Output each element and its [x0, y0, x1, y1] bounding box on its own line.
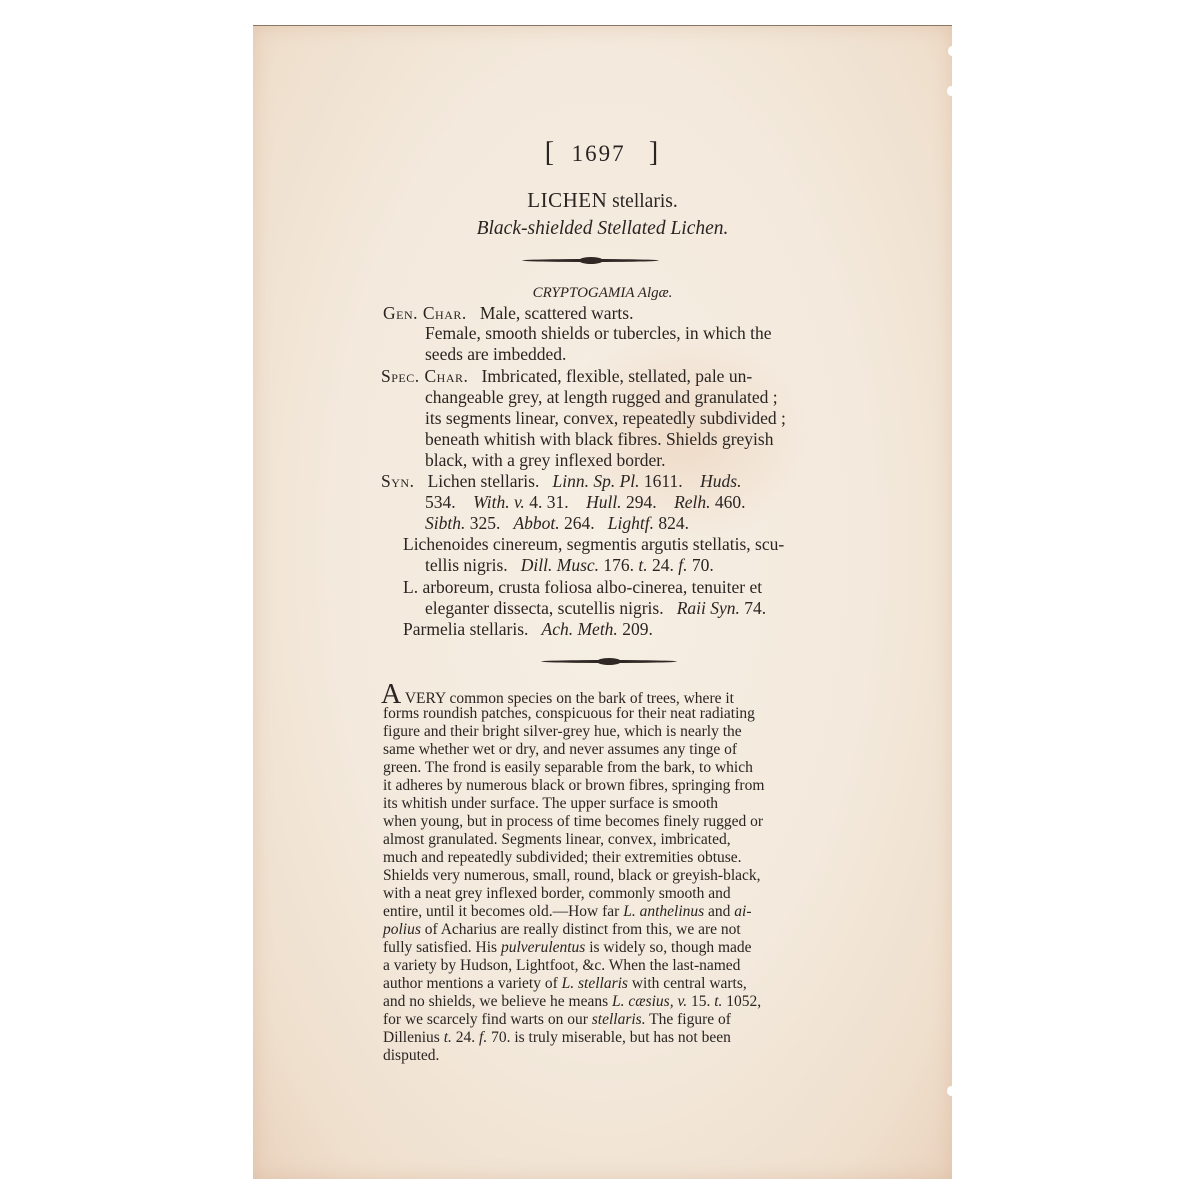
description-text: entire, until it becomes old.—How far: [383, 903, 623, 920]
syn-ref: Relh.: [674, 492, 710, 512]
description-text: Dillenius: [383, 1029, 444, 1046]
spec-char-label: Spec. Char.: [381, 366, 468, 386]
description-text: 15.: [687, 993, 714, 1010]
spec-char-line-5: black, with a grey inflexed border.: [425, 450, 666, 470]
description-line-6: it adheres by numerous black or brown fi…: [383, 777, 764, 795]
syn-line-7: eleganter dissecta, scutellis nigris. Ra…: [425, 598, 766, 618]
gen-char-text: Male, scattered warts.: [480, 303, 634, 323]
document-page: [ 1697 ] LICHEN stellaris. Black-shielde…: [253, 25, 952, 1179]
syn-text: eleganter dissecta, scutellis nigris.: [425, 598, 664, 618]
common-name: Black-shielded Stellated Lichen.: [253, 219, 952, 239]
description-text: of Acharius are really distinct from thi…: [421, 921, 741, 938]
ornamental-divider: [541, 660, 677, 663]
description-line-18: and no shields, we believe he means L. c…: [383, 993, 761, 1011]
syn-ref: Linn. Sp. Pl.: [552, 471, 639, 491]
description-text: and no shields, we believe he means: [383, 993, 612, 1010]
order-name: Algæ.: [638, 285, 673, 301]
spec-char-line-1: Spec. Char. Imbricated, flexible, stella…: [381, 366, 752, 386]
description-text: The figure of: [646, 1011, 731, 1028]
description-line-17: author mentions a variety of L. stellari…: [383, 975, 747, 993]
description-line-14: polius of Acharius are really distinct f…: [383, 921, 741, 939]
edge-tear: [947, 86, 955, 96]
syn-num: 74.: [744, 598, 766, 618]
gen-char-line-3: seeds are imbedded.: [425, 344, 566, 364]
description-italic: L. cæsius, v.: [612, 993, 687, 1010]
syn-num: 24.: [652, 555, 674, 575]
description-text: is widely so, though made: [585, 939, 751, 956]
syn-text: Parmelia stellaris.: [403, 619, 528, 639]
description-italic: f.: [479, 1029, 487, 1046]
syn-line-5: tellis nigris. Dill. Musc. 176. t. 24. f…: [425, 555, 714, 575]
syn-num: 4. 31.: [529, 492, 568, 512]
class-name: CRYPTOGAMIA: [533, 285, 635, 301]
syn-num: 824.: [658, 513, 689, 533]
syn-ref: Sibth.: [425, 513, 465, 533]
gen-char-line-1: Gen. Char. Male, scattered warts.: [383, 303, 633, 323]
syn-ref: With. v.: [473, 492, 525, 512]
description-italic: pulverulentus: [501, 939, 585, 956]
description-italic: L. anthelinus: [623, 903, 704, 920]
description-italic: ai-: [734, 903, 751, 920]
gen-char-line-2: Female, smooth shields or tubercles, in …: [425, 323, 869, 343]
syn-num: 294.: [626, 492, 657, 512]
bracket-open: [: [545, 137, 556, 168]
description-line-19: for we scarcely find warts on our stella…: [383, 1011, 731, 1029]
syn-num: 325.: [470, 513, 501, 533]
edge-tear: [947, 1086, 955, 1096]
syn-ref: f.: [678, 555, 687, 575]
syn-ref: Ach. Meth.: [542, 619, 618, 639]
syn-num: 70.: [692, 555, 714, 575]
syn-ref: Hull.: [586, 492, 622, 512]
syn-num: 460.: [715, 492, 746, 512]
syn-ref: Raii Syn.: [677, 598, 740, 618]
description-italic: L. stellaris: [562, 975, 628, 992]
description-text: for we scarcely find warts on our: [383, 1011, 592, 1028]
description-line-5: green. The frond is easily separable fro…: [383, 759, 753, 777]
description-line-20: Dillenius t. 24. f. 70. is truly miserab…: [383, 1029, 731, 1047]
syn-line-2: 534. With. v. 4. 31. Hull. 294. Relh. 46…: [425, 492, 746, 512]
syn-line-8: Parmelia stellaris. Ach. Meth. 209.: [403, 619, 653, 639]
syn-num: 176.: [603, 555, 634, 575]
description-line-7: its whitish under surface. The upper sur…: [383, 795, 718, 813]
syn-line-4: Lichenoides cinereum, segmentis argutis …: [403, 534, 784, 554]
syn-ref: t.: [638, 555, 647, 575]
description-line-11: Shields very numerous, small, round, bla…: [383, 867, 761, 885]
description-line-21: disputed.: [383, 1047, 439, 1065]
syn-num: 264.: [564, 513, 595, 533]
syn-label: Syn.: [381, 471, 414, 491]
syn-num: 209.: [622, 619, 653, 639]
page-number: [ 1697 ]: [253, 143, 952, 164]
description-line-9: almost granulated. Segments linear, conv…: [383, 831, 731, 849]
description-line-4: same whether wet or dry, and never assum…: [383, 741, 737, 759]
syn-line-3: Sibth. 325. Abbot. 264. Lightf. 824.: [425, 513, 689, 533]
description-italic: polius: [383, 921, 421, 938]
description-text: fully satisfied. His: [383, 939, 501, 956]
ornamental-divider: [522, 259, 659, 262]
spec-char-line-2: changeable grey, at length rugged and gr…: [425, 387, 778, 407]
classification: CRYPTOGAMIA Algæ.: [253, 283, 952, 303]
syn-line-6: L. arboreum, crusta foliosa albo-cinerea…: [403, 577, 762, 597]
description-text: 24.: [452, 1029, 479, 1046]
genus-name: LICHEN: [527, 188, 607, 212]
description-text: 70. is truly miserable, but has not been: [487, 1029, 731, 1046]
description-line-15: fully satisfied. His pulverulentus is wi…: [383, 939, 752, 957]
description-line-13: entire, until it becomes old.—How far L.…: [383, 903, 752, 921]
description-line-12: with a neat grey inflexed border, common…: [383, 885, 731, 903]
description-italic: t.: [444, 1029, 452, 1046]
syn-text: tellis nigris.: [425, 555, 508, 575]
syn-num: 534.: [425, 492, 456, 512]
page-number-value: 1697: [572, 141, 626, 166]
edge-tear: [948, 46, 956, 56]
description-italic: stellaris.: [592, 1011, 646, 1028]
spec-char-line-4: beneath whitish with black fibres. Shiel…: [425, 429, 773, 449]
description-line-3: figure and their bright silver-grey hue,…: [383, 723, 742, 741]
description-line-10: much and repeatedly subdivided; their ex…: [383, 849, 742, 867]
description-line-2: forms roundish patches, conspicuous for …: [383, 705, 755, 723]
syn-num: 1611.: [644, 471, 683, 491]
spec-char-line-3: its segments linear, convex, repeatedly …: [425, 408, 786, 428]
syn-ref: Lightf.: [608, 513, 654, 533]
species-name: stellaris.: [612, 191, 678, 212]
syn-ref: Dill. Musc.: [521, 555, 599, 575]
description-text: 1052,: [722, 993, 761, 1010]
description-text: author mentions a variety of: [383, 975, 562, 992]
syn-text: Lichen stellaris.: [428, 471, 540, 491]
species-title: LICHEN stellaris.: [253, 190, 952, 212]
description-line-8: when young, but in process of time becom…: [383, 813, 763, 831]
gen-char-label: Gen. Char.: [383, 303, 467, 323]
spec-char-text: Imbricated, flexible, stellated, pale un…: [482, 366, 753, 386]
description-line-16: a variety by Hudson, Lightfoot, &c. When…: [383, 957, 740, 975]
syn-ref: Abbot.: [513, 513, 559, 533]
bracket-close: ]: [649, 137, 660, 168]
description-text: with central warts,: [628, 975, 747, 992]
syn-ref: Huds.: [700, 471, 741, 491]
description-text: and: [704, 903, 734, 920]
syn-line-1: Syn. Lichen stellaris. Linn. Sp. Pl. 161…: [381, 471, 741, 491]
